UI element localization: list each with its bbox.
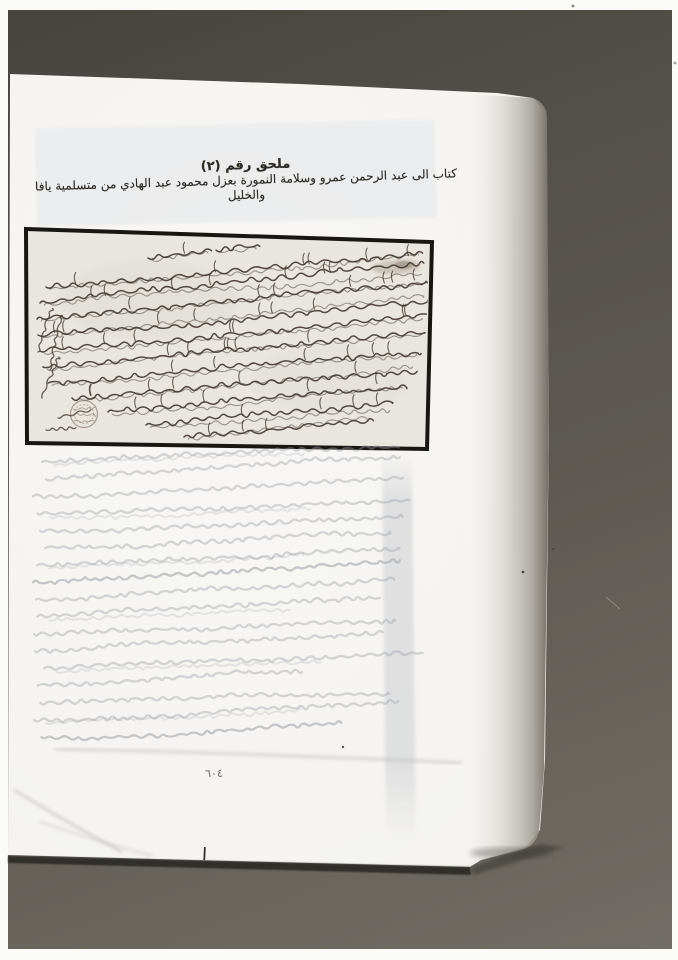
book-scan: ملحق رقم (٢) كتاب الى عبد الرحمن عمرو وس…: [0, 0, 678, 960]
page-number: ٦٠٤: [192, 766, 236, 781]
show-through-band: [382, 452, 416, 842]
